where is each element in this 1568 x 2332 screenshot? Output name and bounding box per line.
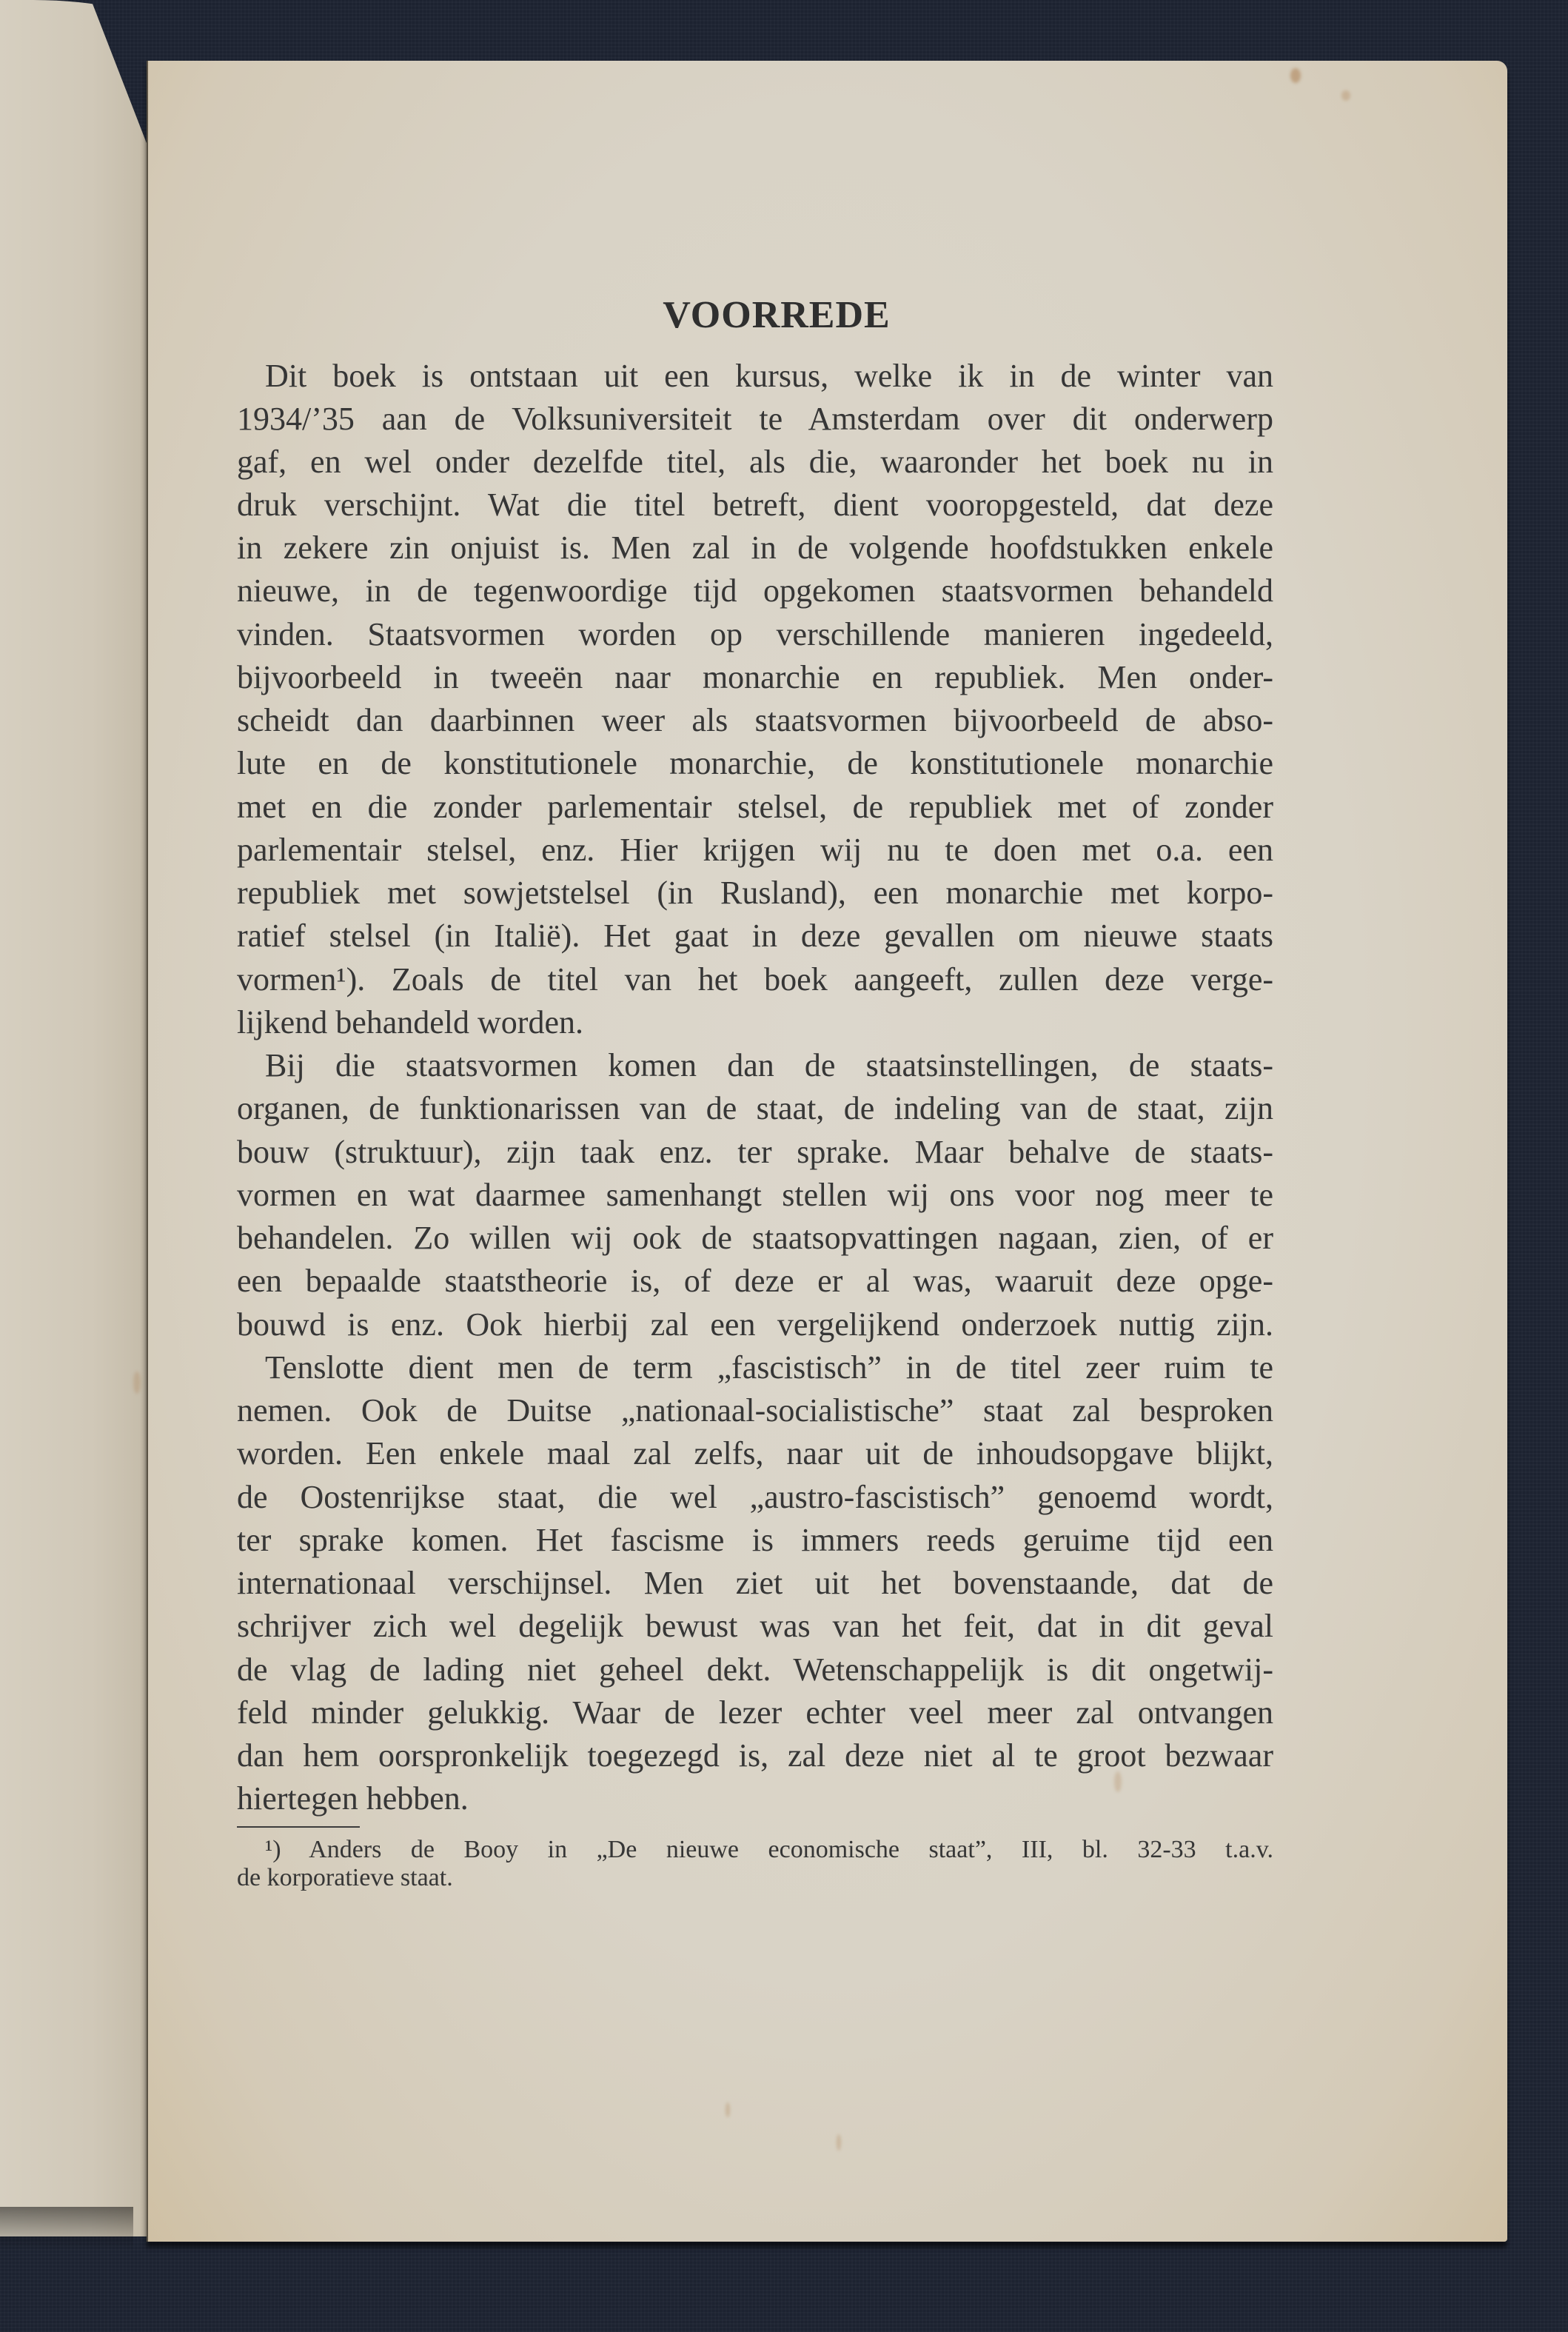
footnote-line: ¹) Anders de Booy in „De nieuwe economis… [265, 1835, 1273, 1865]
text-line: vormen¹). Zoals de titel van het boek aa… [237, 958, 1273, 1001]
text-line: bouw (struktuur), zijn taak enz. ter spr… [237, 1131, 1273, 1174]
text-line: schrijver zich wel degelijk bewust was v… [237, 1605, 1273, 1648]
text-line: nieuwe, in de tegenwoordige tijd opgekom… [237, 569, 1273, 612]
foxing-stain [1341, 90, 1350, 101]
text-line: ter sprake komen. Het fascisme is immers… [237, 1519, 1273, 1562]
foxing-stain [133, 1372, 141, 1394]
footnote-line: de korporatieve staat. [237, 1863, 1273, 1893]
text-line: behandelen. Zo willen wij ook de staatso… [237, 1217, 1273, 1260]
text-line: scheidt dan daarbinnen weer als staatsvo… [237, 699, 1273, 742]
text-line: hiertegen hebben. [237, 1777, 1273, 1820]
text-line: 1934/’35 aan de Volksuniversiteit te Ams… [237, 398, 1273, 441]
page-title: VOORREDE [0, 293, 1553, 338]
text-line: lute en de konstitutionele monarchie, de… [237, 742, 1273, 785]
text-line: Tenslotte dient men de term „fascistisch… [265, 1346, 1273, 1389]
text-line: parlementair stelsel, enz. Hier krijgen … [237, 829, 1273, 872]
text-line: gaf, en wel onder dezelfde titel, als di… [237, 441, 1273, 484]
text-line: de Oostenrijkse staat, die wel „austro-f… [237, 1476, 1273, 1519]
text-line: Dit boek is ontstaan uit een kursus, wel… [265, 355, 1273, 398]
text-line: Bij die staatsvormen komen dan de staats… [265, 1044, 1273, 1087]
text-line: nemen. Ook de Duitse „nationaal-socialis… [237, 1389, 1273, 1432]
text-line: met en die zonder parlementair stelsel, … [237, 786, 1273, 829]
text-line: worden. Een enkele maal zal zelfs, naar … [237, 1432, 1273, 1475]
text-line: een bepaalde staatstheorie is, of deze e… [237, 1260, 1273, 1303]
text-line: bouwd is enz. Ook hierbij zal een vergel… [237, 1303, 1273, 1346]
text-line: vormen en wat daarmee samenhangt stellen… [237, 1174, 1273, 1217]
text-line: bijvoorbeeld in tweeën naar monarchie en… [237, 656, 1273, 699]
text-line: druk verschijnt. Wat die titel betreft, … [237, 484, 1273, 527]
foxing-stain [726, 2102, 730, 2117]
footnote-divider [237, 1826, 360, 1828]
text-line: vinden. Staatsvormen worden op verschill… [237, 613, 1273, 656]
foxing-stain [1290, 68, 1301, 83]
text-line: feld minder gelukkig. Waar de lezer echt… [237, 1691, 1273, 1734]
text-line: dan hem oorspronkelijk toegezegd is, zal… [237, 1734, 1273, 1777]
text-line: organen, de funktionarissen van de staat… [237, 1087, 1273, 1130]
text-line: ratief stelsel (in Italië). Het gaat in … [237, 915, 1273, 958]
text-line: republiek met sowjetstelsel (in Rusland)… [237, 872, 1273, 915]
text-line: internationaal verschijnsel. Men ziet ui… [237, 1562, 1273, 1605]
foxing-stain [837, 2134, 841, 2151]
left-page-shadow [0, 2207, 133, 2251]
text-line: lijkend behandeld worden. [237, 1001, 1273, 1044]
text-line: in zekere zin onjuist is. Men zal in de … [237, 527, 1273, 569]
text-line: de vlag de lading niet geheel dekt. Wete… [237, 1648, 1273, 1691]
